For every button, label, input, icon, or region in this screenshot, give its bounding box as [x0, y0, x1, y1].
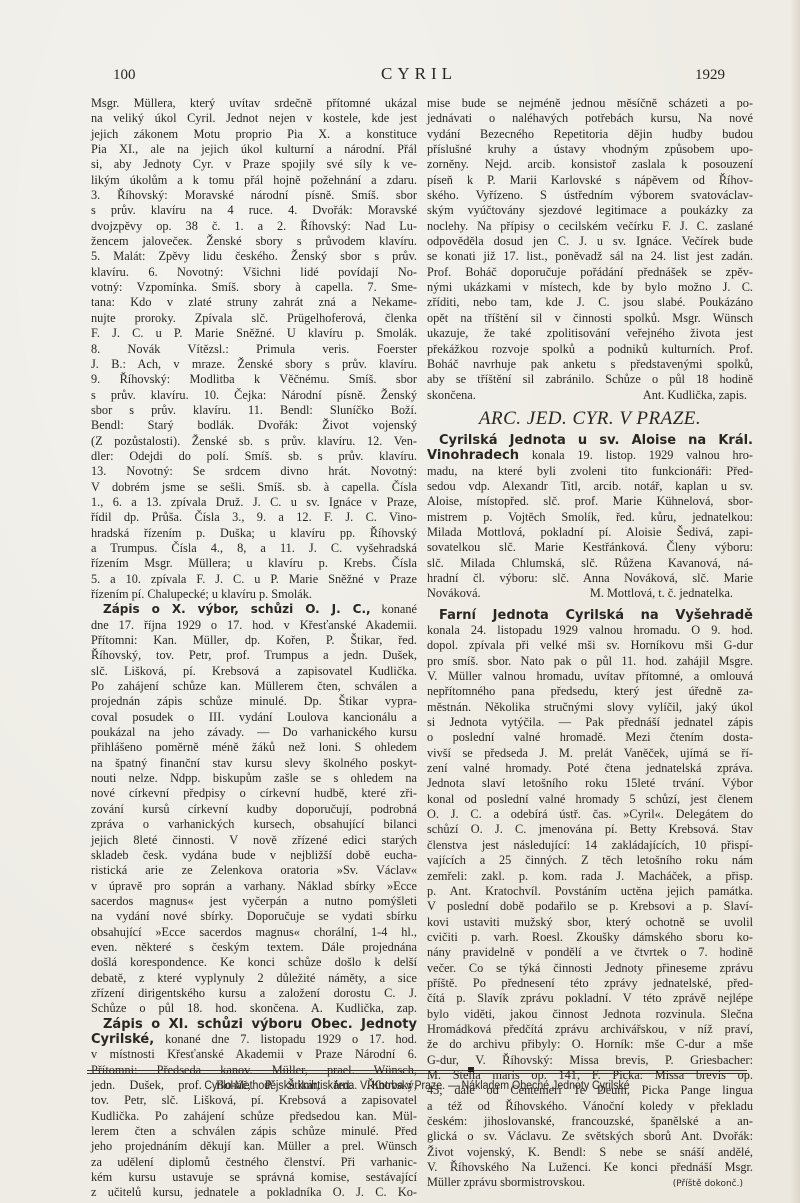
- page-edge-shadow: [790, 0, 800, 1203]
- text-line: vivší se předseda J. M. prelát Vaněček, …: [427, 746, 753, 761]
- text-line: mise bude se nejméně jednou měsíčně schá…: [427, 96, 753, 111]
- text-line: dne 17. října 1929 o 17. hod. v Křesťans…: [91, 618, 417, 633]
- text-line: O. J. C. a odebírá ústř. čas. »Cyril«. D…: [427, 807, 753, 822]
- text-line: J. B.: Ach, v mraze. Ženské sbory s prův…: [91, 357, 417, 372]
- text-line: vydání Bezecného Repetitoria dějin hudby…: [427, 127, 753, 142]
- text-line: na špatný finanční stav kursu slevy škol…: [91, 756, 417, 771]
- text-line: konala 24. listopadu 1929 valnou hromadu…: [427, 623, 753, 638]
- continued-note: (Příště dokonč.): [673, 1177, 743, 1192]
- text-line: madu, na které byli zvoleni tito funkcio…: [427, 464, 753, 479]
- text-line: na vydání nové sbírky. Doporučuje se vyd…: [91, 909, 417, 924]
- text-line: řídil dp. Průša. Čísla 3., 9. a 12. F. J…: [91, 510, 417, 525]
- text-line: Pia XI., ale na jejich úkol kulturní a n…: [91, 142, 417, 157]
- text-line: jejich 8leté činnosti. V nově zřízené ed…: [91, 833, 417, 848]
- text-line: cvičiti p. varh. Roesl. Zkoušky dámského…: [427, 930, 753, 945]
- text-line: sbor s prův. klavíru. 11. Bendl: Sluníčk…: [91, 403, 417, 418]
- text-line: Jednota slaví letošního roku 15leté trvá…: [427, 776, 753, 791]
- aloise-first-text: konala 19. listop. 1929 valnou hro-: [519, 448, 753, 462]
- text-line: zení valné hromady. Poté čtena jednatels…: [427, 761, 753, 776]
- text-line: sacerdos magnus« jest vyčerpán a nutno p…: [91, 894, 417, 909]
- text-line: že do archivu přibyly: O. Horník: mše C-…: [427, 1037, 753, 1052]
- text-line: Prof. Boháč doporučuje pořádání přednáše…: [427, 265, 753, 280]
- text-line: noclehy. Na přípisy o cecilském večírku …: [427, 219, 753, 234]
- aloise-end-line: Nováková. M. Mottlová, t. č. jednatelka.: [427, 586, 753, 601]
- footer-rule: [87, 1070, 747, 1074]
- section-heading-arc-jed: ARC. JED. CYR. V PRAZE.: [427, 407, 753, 431]
- text-line: překážkou rozvoje spolků a podniků kultu…: [427, 342, 753, 357]
- zapis-xi-title-2: Cyrilské,: [91, 1032, 154, 1047]
- text-line: tana: Kdo v zlaté struny zahrát zná a Ne…: [91, 295, 417, 310]
- text-line: hradská řízením p. Duška; u klavíru pp. …: [91, 526, 417, 541]
- text-line: kovi ustaviti mužský sbor, který ochotně…: [427, 915, 753, 930]
- text-line: zříditi, nebo tam, kde J. C. jsou slabé.…: [427, 295, 753, 310]
- vysehrad-last-text: Müller zprávu sbormistrovskou.: [427, 1175, 585, 1189]
- text-line: skladeb česk. vydána bude v nejbližší do…: [91, 848, 417, 863]
- text-line: sovatelkou slč. Marie Kestřánková. Členy…: [427, 540, 753, 555]
- text-line: pro smíš. sbor. Nato pak o půl 11. hod. …: [427, 654, 753, 669]
- aloise-text: madu, na které byli zvoleni tito funkcio…: [427, 464, 753, 587]
- text-line: Kudlička. Po zahájení schůze předsedou k…: [91, 1109, 417, 1124]
- text-line: ským vyúčtovány sjezdové legitimace a po…: [427, 203, 753, 218]
- continuation-signature: Ant. Kudlička, zapis.: [643, 388, 747, 403]
- text-line: sedou vdp. Alexandr Titl, arcib. notář, …: [427, 479, 753, 494]
- vysehrad-last-line: Müller zprávu sbormistrovskou. (Příště d…: [427, 1175, 753, 1190]
- text-line: V dobrém jsme se sešli. Smíš. sb. à cape…: [91, 480, 417, 495]
- text-line: došlá korespondence. Ke konci schůze doš…: [91, 955, 417, 970]
- text-line: nými ukázkami v místech, kde by bylo mož…: [427, 280, 753, 295]
- text-line: zorněny. Nejd. arcib. konsistoř zaslala …: [427, 157, 753, 172]
- concert-program-text: Msgr. Müllera, který uvítav srdečně přít…: [91, 96, 417, 602]
- text-line: 5. Malát: Zpěvy lidu českého. Ženský sbo…: [91, 249, 417, 264]
- text-line: Schůze o půl 18. hod. skončena. A. Kudli…: [91, 1001, 417, 1016]
- footer-rule-mark: [468, 1067, 474, 1072]
- text-line: aby se tříštění sil zabránilo. Schůze o …: [427, 372, 753, 387]
- text-line: Bendl: Starý bodlák. Dvořák: Život vojen…: [91, 418, 417, 433]
- year: 1929: [695, 67, 725, 84]
- zapis-x-first-text: konané: [371, 602, 417, 616]
- text-line: o poslední valné hromadě. Mezi čtením do…: [427, 730, 753, 745]
- text-line: klavíru. 6. Novotný: Všichni lidé povída…: [91, 265, 417, 280]
- text-line: slč. Milada Chlumská, slč. Růžena Kavano…: [427, 556, 753, 571]
- text-line: tov. Petr, slč. Lišková, pí. Krebsová a …: [91, 1093, 417, 1108]
- text-line: V poslední době podařilo se p. Krebsovi …: [427, 899, 753, 914]
- text-line: příště. Po přednesení této zprávy jednat…: [427, 976, 753, 991]
- text-line: ského. Vyřízeno. S ústředním výborem sva…: [427, 188, 753, 203]
- text-line: členstva jest následující: 14 zakládajíc…: [427, 838, 753, 853]
- continuation-end-line: skončena. Ant. Kudlička, zapis.: [427, 388, 753, 403]
- text-line: Msgr. Müllera, který uvítav srdečně přít…: [91, 96, 417, 111]
- text-line: Říhovský, tov. Petr, prof. Trumpus a jed…: [91, 648, 417, 663]
- zapis-xi-heading-line: Zápis o XI. schůzi výboru Obec. Jednoty: [91, 1017, 417, 1032]
- text-line: konal od poslední valné hromady 5 schůzí…: [427, 792, 753, 807]
- text-line: Přítomni: Kan. Müller, dp. Kořen, P. Šti…: [91, 633, 417, 648]
- text-line: řízením Msgr. Müllera; u klavíru p. Kreb…: [91, 556, 417, 571]
- printer-imprint: Cyrilo-Methodějská knihtiskárna. V. Kotr…: [113, 1080, 720, 1092]
- text-line: G-dur, V. Říhovský: Missa brevis, P. Gri…: [427, 1053, 753, 1068]
- text-line: V. Říhovského Na Luženci. Ke konci předn…: [427, 1160, 753, 1175]
- vysehrad-text: konala 24. listopadu 1929 valnou hromadu…: [427, 623, 753, 1175]
- text-line: se konati již 17. list., poněvadž sál na…: [427, 249, 753, 264]
- text-line: čítá p. Slavík zprávu pokladní. V této z…: [427, 991, 753, 1006]
- text-line: nepřítomného pana předsedu, který jest ú…: [427, 684, 753, 699]
- zapis-xi-first-text: konané dne 7. listopadu 1929 o 17. hod.: [154, 1032, 417, 1046]
- text-line: v úpravě pro soprán a varhany. Náklad sb…: [91, 879, 417, 894]
- aloise-heading-line: Cyrilská Jednota u sv. Aloise na Král.: [427, 433, 753, 448]
- aloise-heading-line-2: Vinohradech konala 19. listop. 1929 valn…: [427, 448, 753, 463]
- journal-title: CYRIL: [113, 64, 725, 84]
- text-line: z učitelů kursu, jednatele a pokladníka …: [91, 1185, 417, 1200]
- text-line: v místnosti Křesťanské Akademii v Praze …: [91, 1047, 417, 1062]
- zapis-xi-title: Zápis o XI. schůzi výboru Obec. Jednoty: [103, 1017, 417, 1032]
- text-line: 13. Novotný: Se srdcem divno hrát. Novot…: [91, 464, 417, 479]
- text-line: dvojzpěvy op. 38 č. 1. a 2. Říhovský: Na…: [91, 219, 417, 234]
- text-line: mistrem p. Vojtěch Smolík, řed. kůru, je…: [427, 510, 753, 525]
- zapis-x-text: dne 17. října 1929 o 17. hod. v Křesťans…: [91, 618, 417, 1017]
- zapis-x-title: Zápis o X. výbor, schůzi O. J. C.,: [103, 602, 371, 616]
- text-line: dopol. zpívala při velké mši sv. Horníko…: [427, 638, 753, 653]
- left-column: Msgr. Müllera, který uvítav srdečně přít…: [91, 96, 417, 1201]
- text-line: slč. Lišková, pí. Krebsová a zapisovatel…: [91, 664, 417, 679]
- text-line: even. některé s českým textem. Dále proj…: [91, 940, 417, 955]
- text-line: zpráva o varhanických kursech, obsahujíc…: [91, 817, 417, 832]
- text-line: českém: jihoslovanské, francouzské, špan…: [427, 1114, 753, 1129]
- continuation-end: skončena.: [427, 388, 476, 402]
- text-line: nány pravidelně v pondělí a ve čtvrtek o…: [427, 945, 753, 960]
- text-line: debatě, z které vyplynuly 2 důležité nám…: [91, 971, 417, 986]
- text-line: s prův. klavíru. 10. Čejka: Národní písn…: [91, 388, 417, 403]
- text-line: obsahující »Ecce sacerdos magnus« chorál…: [91, 925, 417, 940]
- text-line: Hromádková předčítá zprávu archivářskou,…: [427, 1022, 753, 1037]
- zapis-x-heading-line: Zápis o X. výbor, schůzi O. J. C., konan…: [91, 602, 417, 617]
- text-line: jeho projednáním děkují kan. Müller a pr…: [91, 1139, 417, 1154]
- text-line: dler: Odejdi do polí. Smíš. sb. s prův. …: [91, 449, 417, 464]
- text-line: likým úkolům a k tomu přál hojně požehná…: [91, 173, 417, 188]
- text-line: glická o sv. Václavu. Ze světských sborů…: [427, 1129, 753, 1144]
- text-line: bylo viděti, jakou činnost Jednota rozvi…: [427, 1007, 753, 1022]
- text-line: vajících a 25 činných. Z těch letošního …: [427, 853, 753, 868]
- text-line: žencem jalovečeк. Ženské sbory s průvode…: [91, 234, 417, 249]
- text-line: nové církevní předpisy o církevní hudbě,…: [91, 786, 417, 801]
- vysehrad-heading-line: Farní Jednota Cyrilská na Vyšehradě: [427, 608, 753, 623]
- right-column: mise bude se nejméně jednou měsíčně schá…: [427, 96, 753, 1191]
- text-line: hradní čl. výboru: slč. Anna Nováková, s…: [427, 571, 753, 586]
- text-line: si Jednota vytýčila. — Pak přednáší jedn…: [427, 715, 753, 730]
- text-line: zemřeli: zakl. p. kom. rada J. Macháček,…: [427, 869, 753, 884]
- text-line: nujte proroky. Zpívala slč. Prügelhofero…: [91, 311, 417, 326]
- text-line: přihlášeno poměrně méně žáků než loni. S…: [91, 740, 417, 755]
- running-head: 100 CYRIL 1929: [113, 64, 725, 88]
- aloise-title-2: Vinohradech: [427, 448, 519, 463]
- text-line: za udělení diplomů čestného členství. Př…: [91, 1155, 417, 1170]
- text-line: p. Ant. Kratochvíl. Povstáním uctěna jej…: [427, 884, 753, 899]
- text-line: kém kursu ustavuje se správná komise, se…: [91, 1170, 417, 1185]
- text-line: a Trumpus. Čísla 4., 8, a 11. J. C. vyše…: [91, 541, 417, 556]
- text-line: městnán. Několika stručnými slovy vylíči…: [427, 700, 753, 715]
- text-line: lerem čten a schválen zápis schůze minul…: [91, 1124, 417, 1139]
- text-line: s prův. klavíru na 4 ruce. 4. Dvořák: Mo…: [91, 203, 417, 218]
- text-line: 1., 6. a 13. zpívala Druž. J. C. u sv. I…: [91, 495, 417, 510]
- text-line: projednán zápis schůze minulé. Dp. Štika…: [91, 694, 417, 709]
- text-line: si, aby Jednoty Cyr. v Praze spojily své…: [91, 157, 417, 172]
- text-line: F. J. C. u P. Marie Sněžné. U klavíru p.…: [91, 326, 417, 341]
- text-line: opět na tříštění sil v činnosti spolků. …: [427, 311, 753, 326]
- text-line: (Z pozůstalosti). Ženské sb. s prův. kla…: [91, 434, 417, 449]
- text-line: 9. Říhovský: Modlitba k Věčnému. Smíš. s…: [91, 372, 417, 387]
- text-line: ristická arie ze Zelenkova oratoria »Sv.…: [91, 863, 417, 878]
- text-line: píseň k P. Marii Karlovské s nápěvem od …: [427, 173, 753, 188]
- text-line: Život vojenský, K. Bendl: S nebe se snáš…: [427, 1145, 753, 1160]
- text-line: V. Müller valnou hromadu, uvítav přítomn…: [427, 669, 753, 684]
- text-line: 5. a 10. zpívala F. J. C. u P. Marie Sně…: [91, 572, 417, 587]
- text-line: odpověděla dosud jen C. J. u sv. Ignáce.…: [427, 234, 753, 249]
- text-line: nouti nelze. Ndpp. biskupům zašle se s o…: [91, 771, 417, 786]
- text-line: jednávati o naléhavých potřebách kursu, …: [427, 111, 753, 126]
- text-line: schůzí O. J. C. jmenována pí. Betty Kreb…: [427, 822, 753, 837]
- text-line: na veliký úkol Cyril. Jednot nejen v kos…: [91, 111, 417, 126]
- continuation-text: mise bude se nejméně jednou měsíčně schá…: [427, 96, 753, 388]
- text-line: Aloise, místopřed. slč. prof. Marie Kühn…: [427, 494, 753, 509]
- text-line: řízením pí. Chalupecké; u klavíru p. Smo…: [91, 587, 417, 602]
- text-line: zřízení dirigentského kursu a založení d…: [91, 986, 417, 1001]
- text-line: 8. Novák Vítězsl.: Primula veris. Foerst…: [91, 342, 417, 357]
- scanned-page: 100 CYRIL 1929 Msgr. Müllera, který uvít…: [0, 0, 800, 1203]
- text-line: příslušné kruhy a ústavy vhodným způsobe…: [427, 142, 753, 157]
- aloise-signature: M. Mottlová, t. č. jednatelka.: [590, 586, 733, 601]
- text-line: coval posudek o III. vydání Loulova kanc…: [91, 710, 417, 725]
- text-line: Boháč navrhuje pak anketu s představeným…: [427, 357, 753, 372]
- aloise-end-name: Nováková.: [427, 586, 481, 600]
- text-line: a též od Říhovského. Vánoční koledy v př…: [427, 1099, 753, 1114]
- text-line: Milada Mottlová, pokladní pí. Aloisie Še…: [427, 525, 753, 540]
- text-line: ukazuje, že také zpolitisování veřejného…: [427, 326, 753, 341]
- text-line: zování kursů církevní kudby doporučují, …: [91, 802, 417, 817]
- text-line: 3. Říhovský: Moravské národní písně. Smí…: [91, 188, 417, 203]
- text-line: večer. Co se týká činnosti Jednoty přine…: [427, 961, 753, 976]
- text-line: jejich zákonem Motu proprio Pia X. a kon…: [91, 127, 417, 142]
- text-line: Po zahájení schůze kan. Müllerem čten, s…: [91, 679, 417, 694]
- vysehrad-title: Farní Jednota Cyrilská na Vyšehradě: [439, 608, 753, 623]
- zapis-xi-heading-line-2: Cyrilské, konané dne 7. listopadu 1929 o…: [91, 1032, 417, 1047]
- text-line: votný: Vzpomínka. Smíš. sbory à capella.…: [91, 280, 417, 295]
- text-line: poukázal na jeho závady. — Do varhanické…: [91, 725, 417, 740]
- aloise-title: Cyrilská Jednota u sv. Aloise na Král.: [439, 433, 753, 448]
